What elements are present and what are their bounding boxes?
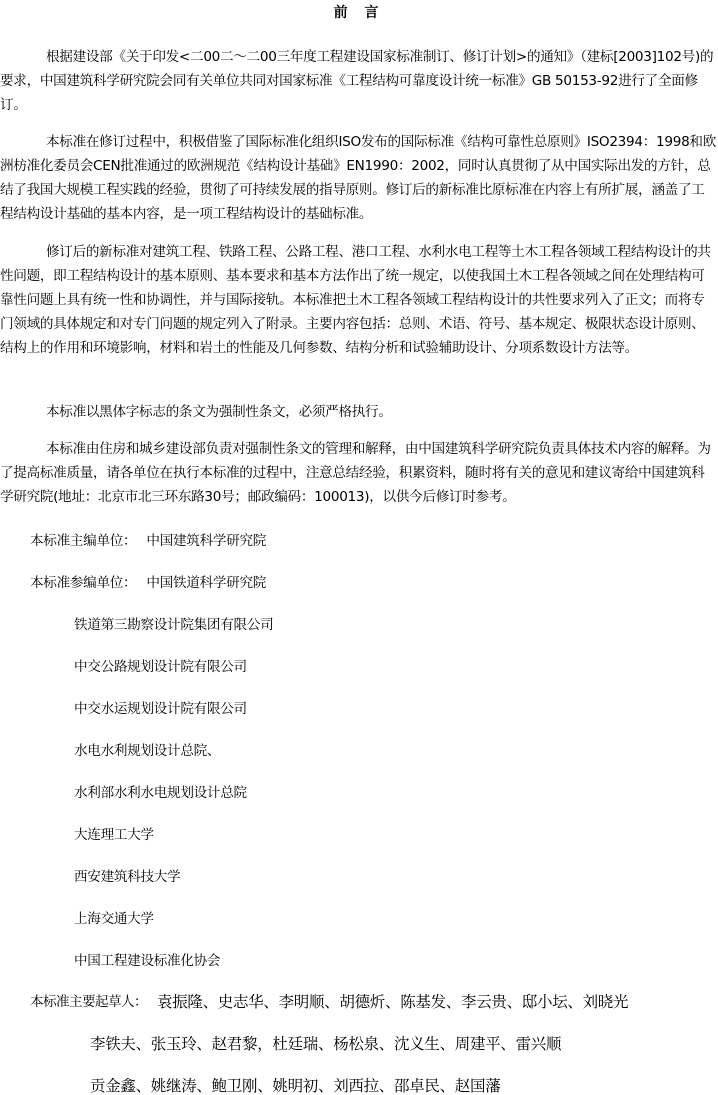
participating-unit: 中国工程建设标准化协会 xyxy=(74,951,220,971)
page-title: 前 言 xyxy=(0,3,718,23)
document-page: 前 言 根据建设部《关于印发<二00二～二00三年度工程建设国家标准制订、修订计… xyxy=(0,0,718,1095)
chief-editor-value: 中国建筑科学研究院 xyxy=(146,533,266,549)
participating-units-label: 本标准参编单位： xyxy=(30,575,136,591)
chief-editor-row: 本标准主编单位： 中国建筑科学研究院 xyxy=(30,531,266,551)
paragraph-revision-process: 本标准在修订过程中，积极借鉴了国际标准化组织ISO发布的国际标准《结构可靠性总原… xyxy=(0,130,716,226)
drafters-label: 本标准主要起草人： xyxy=(30,992,147,1012)
paragraph-scope: 修订后的新标准对建筑工程、铁路工程、公路工程、港口工程、水利水电工程等土木工程各… xyxy=(0,240,716,360)
participating-units-row: 本标准参编单位： 中国铁道科学研究院 xyxy=(30,573,266,593)
participating-unit: 中交公路规划设计院有限公司 xyxy=(74,657,247,677)
participating-unit: 大连理工大学 xyxy=(74,825,154,845)
participating-unit-first: 中国铁道科学研究院 xyxy=(146,575,266,591)
participating-unit: 铁道第三勘察设计院集团有限公司 xyxy=(74,615,273,635)
chief-editor-label: 本标准主编单位： xyxy=(30,533,136,549)
participating-unit: 西安建筑科技大学 xyxy=(74,867,180,887)
paragraph-revision-basis: 根据建设部《关于印发<二00二～二00三年度工程建设国家标准制订、修订计划>的通… xyxy=(0,45,716,117)
participating-unit: 上海交通大学 xyxy=(74,909,154,929)
drafters-line: 袁振隆、史志华、李明顺、胡德炘、陈基发、李云贵、邸小坛、刘晓光 xyxy=(157,991,628,1013)
drafters-line: 李铁夫、张玉玲、赵君黎，杜廷瑞、杨松泉、沈义生、周建平、雷兴顺 xyxy=(90,1033,561,1055)
participating-unit: 水电水利规划设计总院、 xyxy=(74,741,220,761)
paragraph-interpretation: 本标准由住房和城乡建设部负责对强制性条文的管理和解释，由中国建筑科学研究院负责具… xyxy=(0,437,716,509)
participating-unit: 中交水运规划设计院有限公司 xyxy=(74,699,247,719)
drafters-line: 贡金鑫、姚继涛、鲍卫刚、姚明初、刘西拉、邵卓民、赵国藩 xyxy=(90,1075,500,1095)
participating-unit: 水利部水利水电规划设计总院 xyxy=(74,783,247,803)
paragraph-mandatory-provisions: 本标准以黑体字标志的条文为强制性条文，必须严格执行。 xyxy=(0,400,716,424)
